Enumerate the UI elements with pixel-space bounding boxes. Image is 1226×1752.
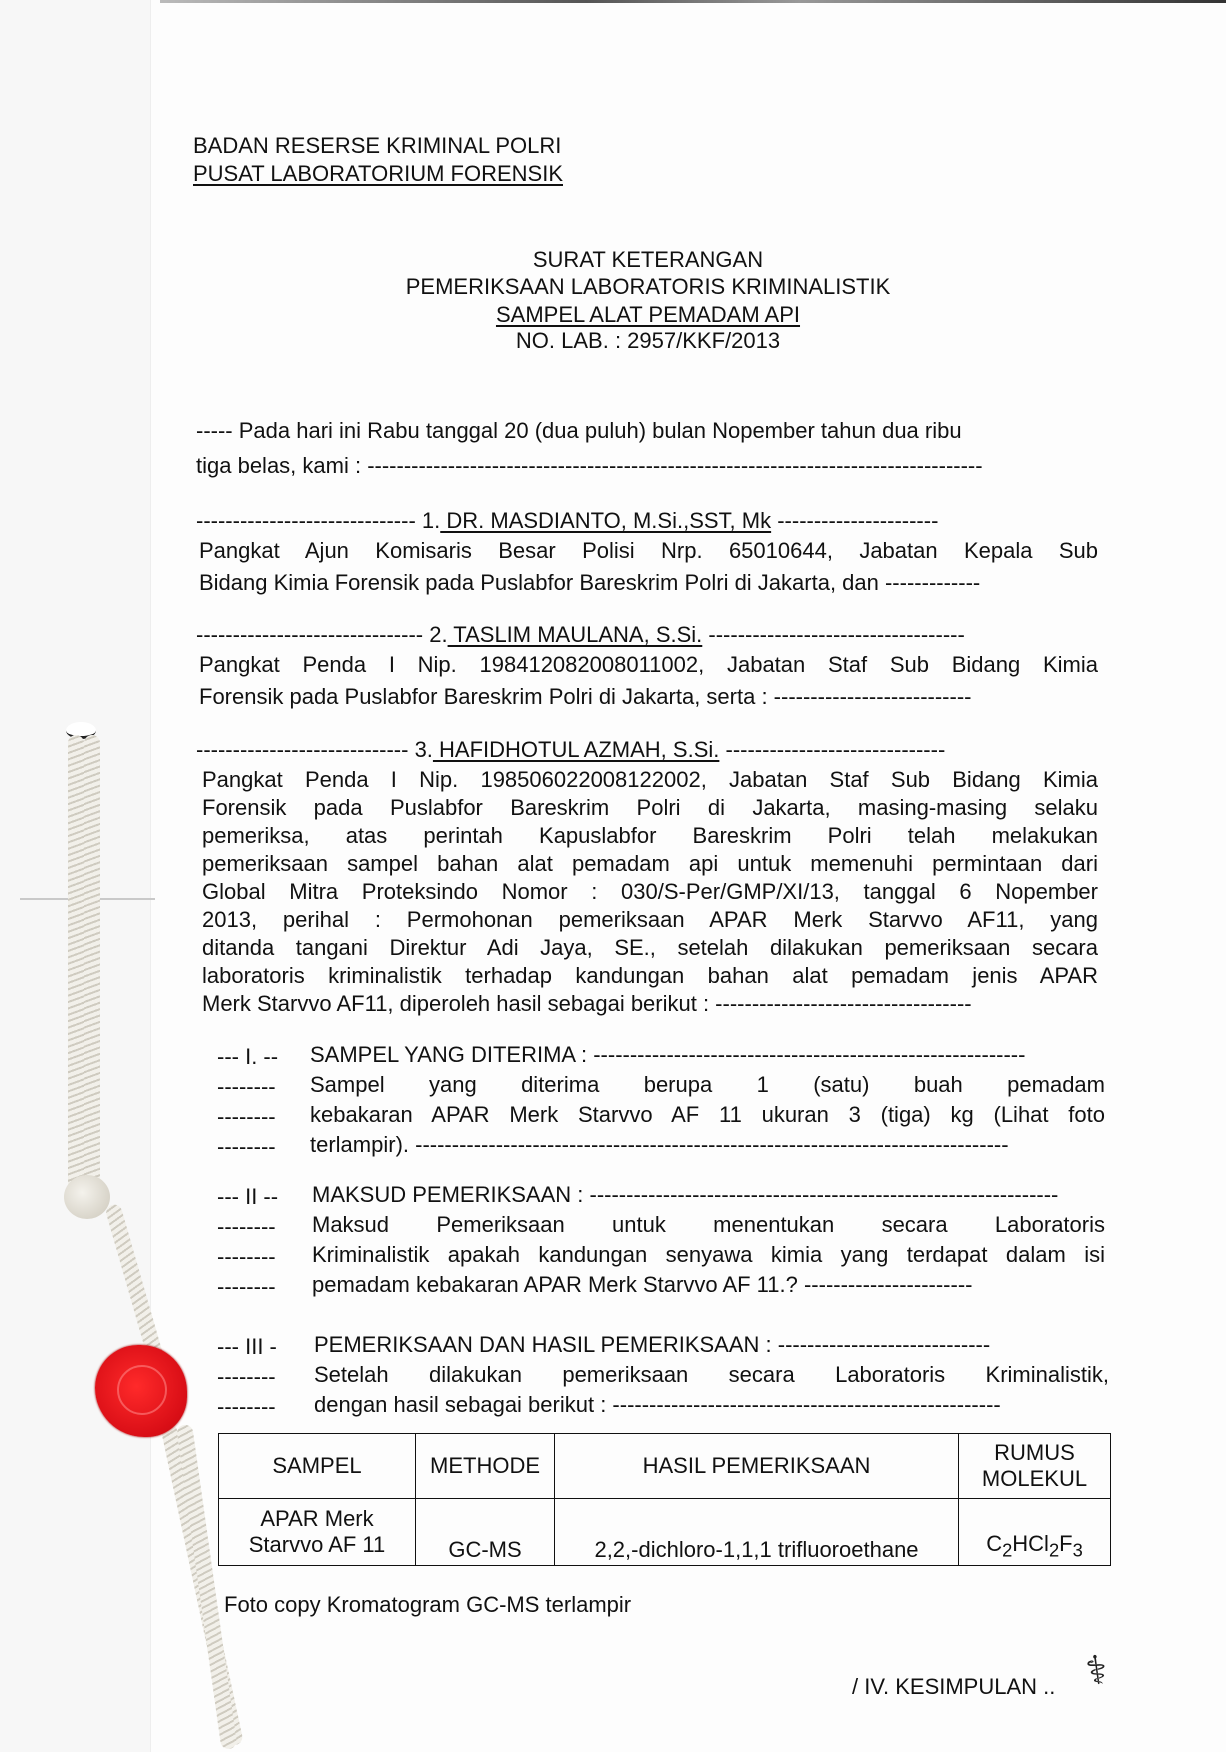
doc-subtitle: PEMERIKSAAN LABORATORIS KRIMINALISTIK [0,274,1226,300]
header-text: MOLEKUL [982,1466,1087,1491]
examiner-heading: ----------------------------- 3. HAFIDHO… [196,737,1098,763]
examiner-detail: Bidang Kimia Forensik pada Puslabfor Bar… [199,570,1098,596]
header-text: RUMUS [994,1440,1075,1465]
section-marker: --- III - [217,1334,277,1360]
binding-cord-icon [68,735,84,1195]
section-text: dengan hasil sebagai berikut : ---------… [314,1392,1109,1418]
dash-trail: ---------------------- [771,508,938,533]
section-text: terlampir). ----------------------------… [310,1132,1105,1158]
table-row: APAR MerkStarvvo AF 11 GC-MS 2,2,-dichlo… [219,1499,1111,1566]
section-text: Sampel yang diterima berupa 1 (satu) bua… [310,1072,1105,1098]
section-marker: --- II -- [217,1184,278,1210]
scan-edge-line [160,0,1226,3]
dash-trail: ----------------------------------- [702,622,965,647]
formula-part: HCl [1012,1531,1049,1556]
formula-sub: 2 [1002,1539,1012,1560]
cell-hasil: 2,2,-dichloro-1,1,1 trifluoroethane [555,1499,959,1566]
col-header-sampel: SAMPEL [219,1434,416,1499]
results-table: SAMPEL METHODE HASIL PEMERIKSAAN RUMUSMO… [218,1433,1111,1566]
col-header-hasil: HASIL PEMERIKSAAN [555,1434,959,1499]
dash-lead: ------------------------------- 2. [196,622,448,647]
line-marker: -------- [217,1364,276,1390]
opening-line: ----- Pada hari ini Rabu tanggal 20 (dua… [196,418,1098,444]
examiner-detail: 2013, perihal : Permohonan pemeriksaan A… [202,907,1098,933]
examiner-name: DR. MASDIANTO, M.Si.,SST, Mk [440,508,771,533]
formula-sub: 2 [1049,1539,1059,1560]
examiner-detail: Pangkat Penda I Nip. 198506022008122002,… [202,767,1098,793]
dash-trail: ------------------------------ [719,737,945,762]
line-marker: -------- [217,1274,276,1300]
cell-text: Starvvo AF 11 [249,1532,386,1557]
examiner-detail: Global Mitra Proteksindo Nomor : 030/S-P… [202,879,1098,905]
examiner-detail: Pangkat Ajun Komisaris Besar Polisi Nrp.… [199,538,1098,564]
footnote: Foto copy Kromatogram GC-MS terlampir [224,1592,631,1618]
cell-formula: C2HCl2F3 [959,1499,1111,1566]
section-text: Setelah dilakukan pemeriksaan secara Lab… [314,1362,1109,1388]
cell-text: APAR Merk [260,1506,373,1531]
paraf-signature-icon: ⚕ [1083,1647,1111,1696]
org-unit: PUSAT LABORATORIUM FORENSIK [193,161,563,187]
opening-line: tiga belas, kami : ---------------------… [196,453,1098,479]
line-marker: -------- [217,1244,276,1270]
continuation-marker: / IV. KESIMPULAN .. [852,1674,1055,1700]
examiner-name: TASLIM MAULANA, S.Si. [448,622,703,647]
col-header-methode: METHODE [416,1434,555,1499]
examiner-detail: Merk Starvvo AF11, diperoleh hasil sebag… [202,991,1098,1017]
examiner-detail: Pangkat Penda I Nip. 198412082008011002,… [199,652,1098,678]
section-text: Kriminalistik apakah kandungan senyawa k… [312,1242,1105,1268]
section-text: pemadam kebakaran APAR Merk Starvvo AF 1… [312,1272,1105,1298]
examiner-detail: Forensik pada Puslabfor Bareskrim Polri … [202,795,1098,821]
line-marker: -------- [217,1134,276,1160]
section-text: kebakaran APAR Merk Starvvo AF 11 ukuran… [310,1102,1105,1128]
lab-number: NO. LAB. : 2957/KKF/2013 [0,328,1226,354]
org-name: BADAN RESERSE KRIMINAL POLRI [193,133,561,159]
examiner-detail: laboratoris kriminalistik terhadap kandu… [202,963,1098,989]
examiner-detail: Forensik pada Puslabfor Bareskrim Polri … [199,684,1098,710]
line-marker: -------- [217,1214,276,1240]
cell-methode: GC-MS [416,1499,555,1566]
section-heading: MAKSUD PEMERIKSAAN : -------------------… [312,1182,1105,1208]
formula-part: F [1059,1531,1072,1556]
section-marker: --- I. -- [217,1044,278,1070]
section-heading: PEMERIKSAAN DAN HASIL PEMERIKSAAN : ----… [314,1332,1109,1358]
binding-cord-icon [84,735,100,1195]
section-heading: SAMPEL YANG DITERIMA : -----------------… [310,1042,1105,1068]
cell-sampel: APAR MerkStarvvo AF 11 [219,1499,416,1566]
examiner-heading: ------------------------------- 2. TASLI… [196,622,1098,648]
formula-sub: 3 [1073,1539,1083,1560]
examiner-heading: ------------------------------ 1. DR. MA… [196,508,1098,534]
dash-lead: ----------------------------- 3. [196,737,433,762]
line-marker: -------- [217,1394,276,1420]
line-marker: -------- [217,1074,276,1100]
examiner-detail: pemeriksa, atas perintah Kapuslabfor Bar… [202,823,1098,849]
table-header-row: SAMPEL METHODE HASIL PEMERIKSAAN RUMUSMO… [219,1434,1111,1499]
dash-lead: ------------------------------ 1. [196,508,440,533]
examiner-name: HAFIDHOTUL AZMAH, S.Si. [433,737,719,762]
col-header-rumus: RUMUSMOLEKUL [959,1434,1111,1499]
line-marker: -------- [217,1104,276,1130]
formula-part: C [986,1531,1002,1556]
examiner-detail: ditanda tangani Direktur Adi Jaya, SE., … [202,935,1098,961]
section-text: Maksud Pemeriksaan untuk menentukan seca… [312,1212,1105,1238]
doc-subject: SAMPEL ALAT PEMADAM API [0,302,1226,328]
doc-title: SURAT KETERANGAN [0,247,1226,273]
examiner-detail: pemeriksaan sampel bahan alat pemadam ap… [202,851,1098,877]
cord-knot-icon [64,1175,110,1219]
